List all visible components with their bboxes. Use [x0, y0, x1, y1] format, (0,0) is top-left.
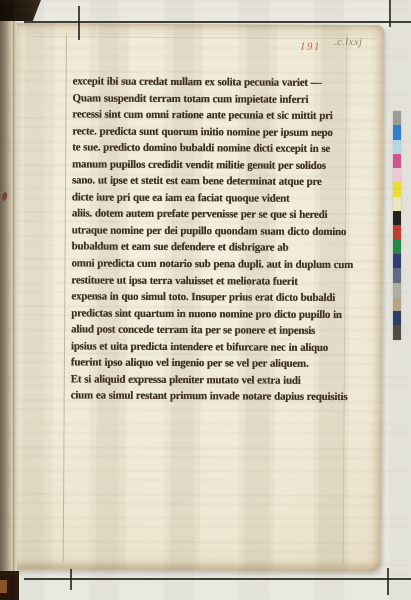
registration-tick-bottom-right	[387, 568, 389, 595]
manuscript-text-line: utraque nomine per dei pupillo quondam s…	[72, 222, 350, 240]
calibration-patch	[393, 325, 401, 339]
manuscript-text-line: omni predicta cum notario sub pena dupli…	[71, 255, 349, 273]
manuscript-photo: 191 .c.lxxj excepit ibi sua credat nulla…	[0, 0, 411, 600]
calibration-patch	[393, 197, 401, 211]
manuscript-text-line: manum pupillos credidit vendit militie g…	[72, 156, 350, 174]
calibration-patch	[393, 111, 401, 125]
frame-line-bottom	[24, 578, 411, 580]
calibration-patch	[393, 268, 401, 282]
manuscript-text-line: recte. predicta sunt quorum initio nomin…	[72, 123, 350, 141]
book-gutter	[0, 20, 17, 573]
binding-edge-top-left	[0, 0, 41, 21]
manuscript-text-line: Quam suspendit terram totam cum impietat…	[72, 90, 350, 108]
manuscript-text-line: excepit ibi sua credat nullam ex solita …	[73, 73, 351, 91]
calibration-patch	[393, 182, 401, 196]
manuscript-text-line: Et si aliquid expressa pleniter mutato v…	[71, 371, 349, 389]
manuscript-text-line: te sue. predicto domino bubaldi nomine d…	[72, 140, 350, 158]
folio-number-ink: .c.lxxj	[334, 37, 363, 48]
manuscript-text-line: recessi sint cum omni ratione ante pecun…	[72, 106, 350, 124]
calibration-patch	[393, 297, 401, 311]
folio-number-red: 191	[300, 41, 321, 53]
calibration-patch	[393, 154, 401, 168]
manuscript-text-line: restituere ut ipsa terra valuisset et me…	[71, 272, 349, 290]
manuscript-text-line: cium ea simul restant primum invade nota…	[71, 388, 349, 406]
binding-notch	[0, 580, 7, 593]
calibration-patch	[393, 211, 401, 225]
manuscript-text-line: bubaldum et eam sue defendere et disbrig…	[72, 239, 350, 257]
calibration-patch	[393, 225, 401, 239]
manuscript-text-line: dicte iure pri que ea iam ea faciat quoq…	[72, 189, 350, 207]
registration-tick-top-left	[78, 6, 80, 40]
manuscript-text-line: aliis. dotem autem prefate pervenisse pe…	[72, 206, 350, 224]
manuscript-page: 191 .c.lxxj excepit ibi sua credat nulla…	[10, 23, 384, 571]
calibration-patch	[393, 168, 401, 182]
color-calibration-bar	[393, 111, 401, 340]
ruling-line-left	[63, 33, 67, 561]
registration-tick-top-right	[389, 0, 391, 27]
calibration-patch	[393, 254, 401, 268]
ruling-line-top	[33, 36, 378, 39]
manuscript-text-line: sano. ut ipse et stetit est eam bene det…	[72, 173, 350, 191]
manuscript-text-line: predictas sint quartum in nuono nomine p…	[71, 305, 349, 323]
calibration-patch	[393, 283, 401, 297]
binding-edge-bottom-left	[0, 571, 19, 600]
registration-tick-bottom-left	[70, 569, 72, 590]
manuscript-text-line: ipsius et uita predicta intendere et bif…	[71, 338, 349, 356]
calibration-patch	[393, 140, 401, 154]
frame-line-top	[24, 21, 411, 23]
calibration-patch	[393, 125, 401, 139]
calibration-patch	[393, 311, 401, 325]
text-block: excepit ibi sua credat nullam ex solita …	[71, 73, 351, 406]
manuscript-text-line: fuerint ipso aliquo vel ingenio per se v…	[71, 355, 349, 373]
manuscript-text-line: expensa in quo simul toto. Insuper prius…	[71, 288, 349, 306]
calibration-patch	[393, 240, 401, 254]
manuscript-text-line: aliud post concede terram ita per se pon…	[71, 322, 349, 340]
